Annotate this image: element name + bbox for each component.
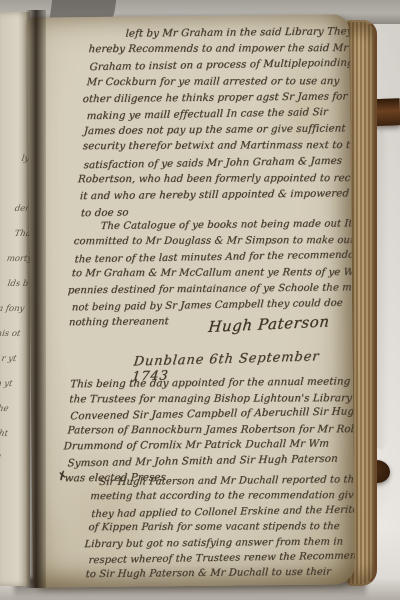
text-fragment: der of	[11, 197, 30, 222]
text-fragment: mind	[0, 447, 2, 472]
manuscript-line: This being the day appointed for the ann…	[70, 374, 355, 393]
text-fragment: y the	[0, 397, 10, 422]
manuscript-line: of Kippen Parish for some vacant stipend…	[88, 519, 355, 536]
facing-page-edge: myf andc mentof thefalsly famtylder ofTh…	[0, 12, 30, 586]
text-fragment: a fony	[0, 297, 26, 322]
paragraph-annual-meeting: This being the day appointed for the ann…	[64, 374, 355, 486]
manuscript-line: Paterson of Bannockburn James Robertson …	[67, 422, 355, 439]
manuscript-photo: myf andc mentof thefalsly famtylder ofTh…	[0, 0, 400, 600]
text-fragment: Thad	[7, 222, 30, 247]
text-fragment: bought	[0, 422, 6, 447]
manuscript-line: Mr Cockburn for ye maill arrested or to …	[86, 73, 355, 91]
paragraph-graham-continuation: left by Mr Graham in the said Library Th…	[78, 24, 355, 222]
text-fragment: his ot	[0, 322, 22, 347]
text-fragment: morty	[3, 247, 30, 272]
facing-page-text-fragments: myf andc mentof thefalsly famtylder ofTh…	[0, 12, 30, 572]
manuscript-page: left by Mr Graham in the said Library Th…	[27, 14, 355, 587]
manuscript-line: security therefor betwixt and Martinmass…	[82, 138, 355, 156]
text-fragment: r yt	[0, 347, 18, 372]
text-fragment: in yt	[0, 372, 14, 397]
text-fragment: lds b	[0, 272, 30, 297]
paragraph-stipends-report: Sir Hugh Paterson and Mr Duchall reporte…	[85, 472, 355, 583]
manuscript-line: Robertson, who had been formerly appoint…	[77, 171, 355, 189]
manuscript-line: to Mr Graham & Mr McCallum anent ye Rent…	[71, 265, 355, 283]
